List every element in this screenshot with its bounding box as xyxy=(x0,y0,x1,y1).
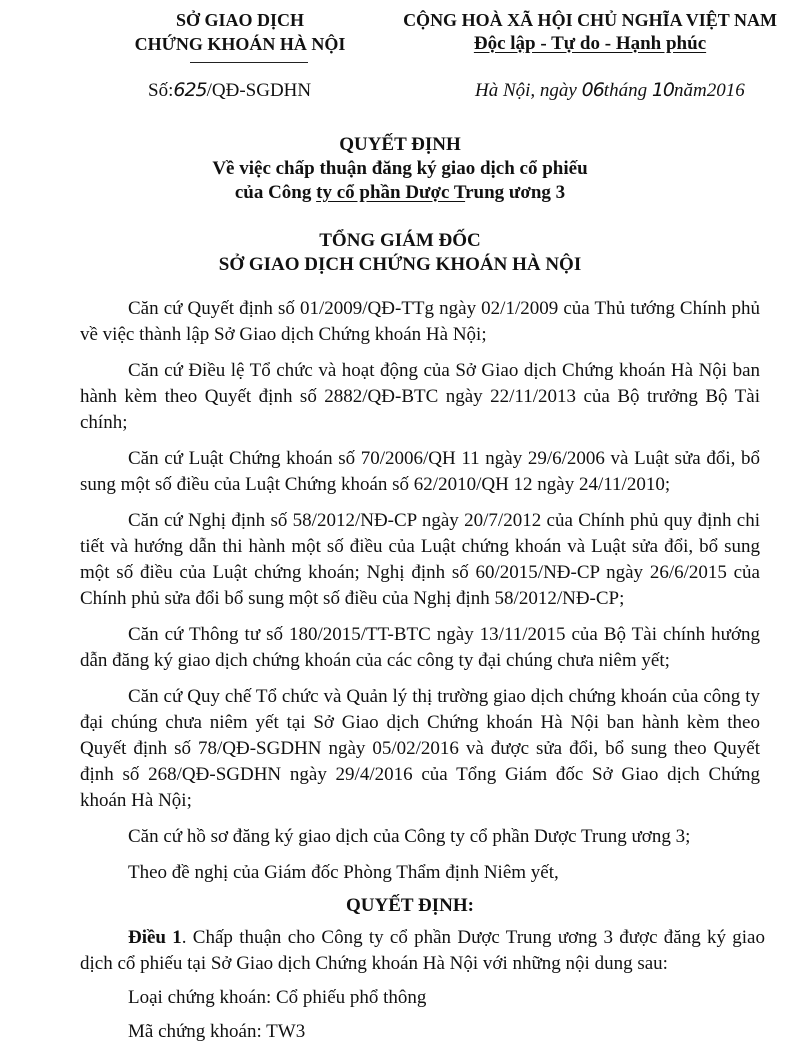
decision-title: QUYẾT ĐỊNH Về việc chấp thuận đăng ký gi… xyxy=(0,133,800,205)
preamble-paragraph: Căn cứ Điều lệ Tổ chức và hoạt động của … xyxy=(80,358,760,436)
document-number: Số:625/QĐ-SGDHN xyxy=(148,79,311,102)
article-1-text: Điều 1. Chấp thuận cho Công ty cổ phần D… xyxy=(80,925,765,977)
security-code: Mã chứng khoán: TW3 xyxy=(80,1019,765,1045)
subject-pre: của Công xyxy=(235,182,316,203)
preamble-paragraph: Căn cứ hồ sơ đăng ký giao dịch của Công … xyxy=(80,824,760,850)
preamble-paragraph: Căn cứ Nghị định số 58/2012/NĐ-CP ngày 2… xyxy=(80,508,760,612)
agency-line-2: CHỨNG KHOÁN HÀ NỘI xyxy=(120,32,360,56)
issuing-authority: TỔNG GIÁM ĐỐC SỞ GIAO DỊCH CHỨNG KHOÁN H… xyxy=(0,229,800,277)
doc-number-prefix: Số: xyxy=(148,80,173,101)
article-1: Điều 1. Chấp thuận cho Công ty cổ phần D… xyxy=(80,925,765,1050)
date-month-label: tháng xyxy=(604,80,652,101)
preamble-paragraph: Căn cứ Thông tư số 180/2015/TT-BTC ngày … xyxy=(80,622,760,674)
preamble-paragraph: Căn cứ Quyết định số 01/2009/QĐ-TTg ngày… xyxy=(80,296,760,348)
authority-line-1: TỔNG GIÁM ĐỐC xyxy=(0,229,800,253)
national-header: CỘNG HOÀ XÃ HỘI CHỦ NGHĨA VIỆT NAM Độc l… xyxy=(395,8,785,56)
decision-heading: QUYẾT ĐỊNH: xyxy=(0,895,800,917)
preamble-paragraph: Căn cứ Luật Chứng khoán số 70/2006/QH 11… xyxy=(80,446,760,498)
date-day: 06 xyxy=(582,79,604,101)
subject-underlined: ty cổ phần Dược T xyxy=(316,182,465,203)
title-subject-1: Về việc chấp thuận đăng ký giao dịch cổ … xyxy=(0,157,800,181)
national-title: CỘNG HOÀ XÃ HỘI CHỦ NGHĨA VIỆT NAM xyxy=(395,8,785,32)
preamble: Căn cứ Quyết định số 01/2009/QĐ-TTg ngày… xyxy=(80,296,760,896)
article-1-body: . Chấp thuận cho Công ty cổ phần Dược Tr… xyxy=(80,927,765,974)
title-subject-2: của Công ty cổ phần Dược Trung ương 3 xyxy=(0,181,800,205)
article-1-label: Điều 1 xyxy=(128,927,182,948)
doc-number-suffix: /QĐ-SGDHN xyxy=(207,80,312,101)
date-prefix: Hà Nội, ngày xyxy=(475,80,582,101)
agency-divider xyxy=(190,62,308,63)
date-month: 10 xyxy=(652,79,674,101)
subject-post: rung ương 3 xyxy=(465,182,565,203)
doc-number-handwritten: 625 xyxy=(173,79,206,101)
security-type: Loại chứng khoán: Cổ phiếu phổ thông xyxy=(80,985,765,1011)
issue-date: Hà Nội, ngày 06tháng 10năm2016 xyxy=(475,79,745,102)
preamble-paragraph: Căn cứ Quy chế Tổ chức và Quản lý thị tr… xyxy=(80,684,760,814)
preamble-paragraph: Theo đề nghị của Giám đốc Phòng Thẩm địn… xyxy=(80,860,760,886)
issuing-agency: SỞ GIAO DỊCH CHỨNG KHOÁN HÀ NỘI xyxy=(120,8,360,56)
title-heading: QUYẾT ĐỊNH xyxy=(0,133,800,157)
date-year: năm2016 xyxy=(674,80,745,101)
agency-line-1: SỞ GIAO DỊCH xyxy=(120,8,360,32)
authority-line-2: SỞ GIAO DỊCH CHỨNG KHOÁN HÀ NỘI xyxy=(0,253,800,277)
national-motto: Độc lập - Tự do - Hạnh phúc xyxy=(395,32,785,56)
